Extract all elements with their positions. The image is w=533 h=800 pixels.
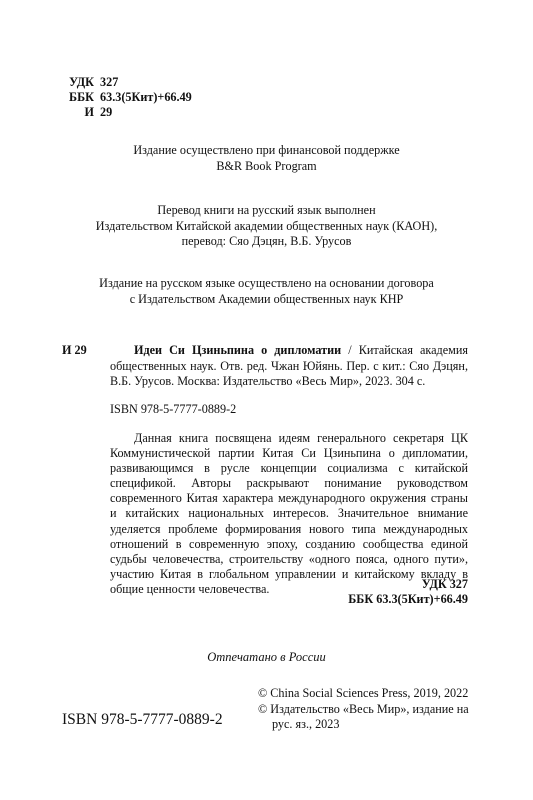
bottom-codes: УДК 327 ББК 63.3(5Кит)+66.49: [300, 577, 468, 607]
copyrights: © China Social Sciences Press, 2019, 202…: [258, 686, 488, 733]
annotation: Данная книга посвящена идеям генеральног…: [110, 431, 468, 597]
udk-code: УДК327: [62, 75, 192, 90]
support-note: Издание осуществлено при финансовой подд…: [0, 143, 533, 174]
translation-note: Перевод книги на русский язык выполнен И…: [0, 203, 533, 250]
record-index: И 29: [62, 343, 87, 359]
agreement-note: Издание на русском языке осуществлено на…: [0, 276, 533, 307]
author-mark: И29: [62, 105, 192, 120]
printed-in: Отпечатано в России: [0, 650, 533, 665]
bbk-code: ББК63.3(5Кит)+66.49: [62, 90, 192, 105]
isbn-inline: ISBN 978-5-7777-0889-2: [110, 402, 236, 417]
isbn-bottom: ISBN 978-5-7777-0889-2: [62, 711, 223, 729]
classification-codes: УДК327 ББК63.3(5Кит)+66.49 И29: [62, 75, 192, 120]
bibliographic-record: И 29 Идеи Си Цзиньпина о дипломатии / Ки…: [62, 343, 468, 390]
book-title: Идеи Си Цзиньпина о дипломатии: [134, 343, 341, 357]
